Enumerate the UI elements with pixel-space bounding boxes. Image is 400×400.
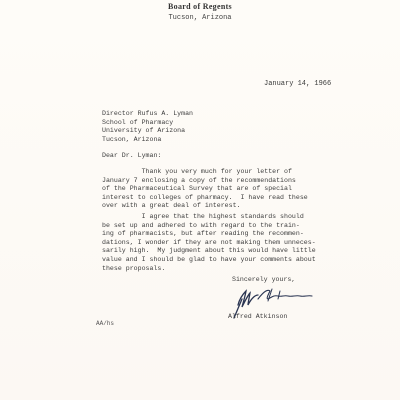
- body-paragraph-1: Thank you very much for your letter of J…: [102, 168, 308, 211]
- recipient-line: School of Pharmacy: [102, 119, 173, 126]
- body-paragraph-2: I agree that the highest standards shoul…: [102, 213, 316, 273]
- recipient-line: University of Arizona: [102, 127, 185, 134]
- reference-initials: AA/hs: [96, 320, 114, 329]
- closing: Sincerely yours,: [232, 276, 295, 285]
- recipient-line: Director Rufus A. Lyman: [102, 110, 193, 117]
- salutation: Dear Dr. Lyman:: [102, 152, 161, 161]
- signatory-name: Alfred Atkinson: [228, 313, 287, 322]
- letterhead-organization: Board of Regents: [0, 2, 400, 11]
- letterhead: Board of Regents Tucson, Arizona: [0, 0, 400, 22]
- letter-page: Board of Regents Tucson, Arizona January…: [0, 0, 400, 400]
- recipient-address: Director Rufus A. Lyman School of Pharma…: [102, 110, 193, 144]
- letter-date: January 14, 1966: [264, 80, 331, 88]
- recipient-line: Tucson, Arizona: [102, 136, 161, 143]
- letterhead-location: Tucson, Arizona: [0, 14, 400, 22]
